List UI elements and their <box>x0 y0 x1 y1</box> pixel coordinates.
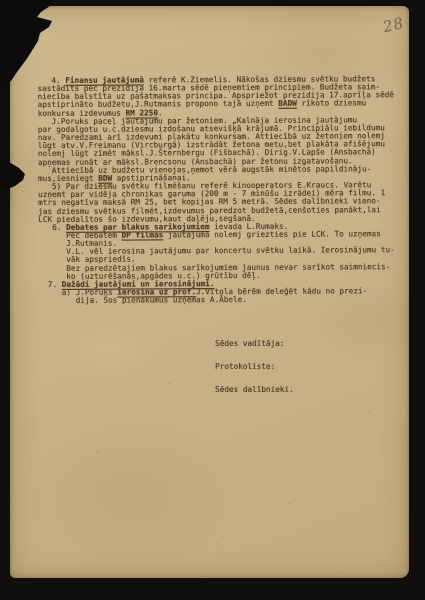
typewritten-text: 4. Finansu jautājumā referē K.Ziemelis. … <box>37 75 402 305</box>
signature-block: Sēdes vadītāja: Protokoliste: Sēdes dalī… <box>215 339 294 408</box>
scanned-document-page: 4. Finansu jautājumā referē K.Ziemelis. … <box>10 6 409 578</box>
participants-signature-label: Sēdes dalībnieki. <box>215 385 294 394</box>
secretary-signature-label: Protokoliste: <box>215 362 294 371</box>
chair-signature-label: Sēdes vadītāja: <box>215 339 294 348</box>
text-line: dija. Šos pienākumus uzņemas A.Ābele. <box>39 295 403 305</box>
